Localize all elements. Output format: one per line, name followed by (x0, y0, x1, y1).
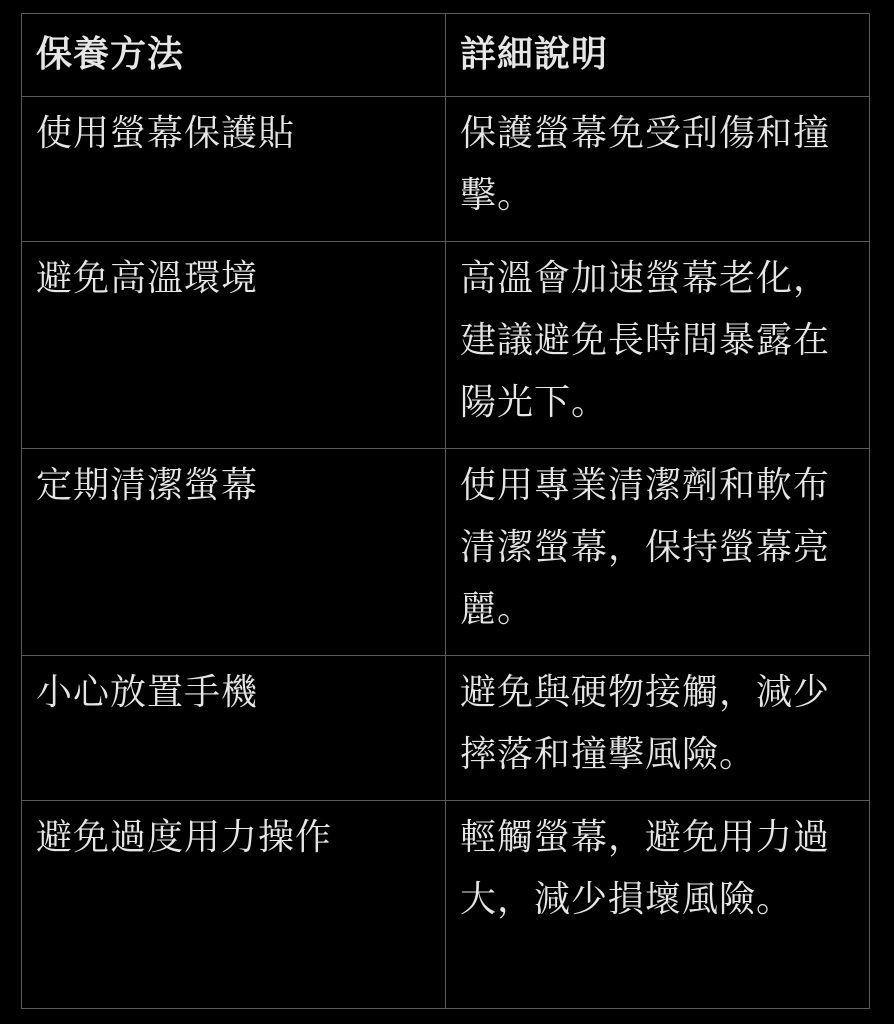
method-cell: 定期清潔螢幕 (22, 449, 446, 656)
header-method: 保養方法 (22, 14, 446, 97)
detail-cell: 保護螢幕免受刮傷和撞擊。 (446, 97, 870, 242)
header-detail: 詳細說明 (446, 14, 870, 97)
table-header-row: 保養方法 詳細說明 (22, 14, 870, 97)
table-row: 避免過度用力操作 輕觸螢幕，避免用力過大，減少損壞風險。 (22, 801, 870, 1009)
table-row: 小心放置手機 避免與硬物接觸，減少摔落和撞擊風險。 (22, 656, 870, 801)
detail-cell: 輕觸螢幕，避免用力過大，減少損壞風險。 (446, 801, 870, 1009)
method-cell: 使用螢幕保護貼 (22, 97, 446, 242)
method-cell: 小心放置手機 (22, 656, 446, 801)
screen-care-table: 保養方法 詳細說明 使用螢幕保護貼 保護螢幕免受刮傷和撞擊。 避免高溫環境 高溫… (21, 13, 870, 1009)
detail-cell: 避免與硬物接觸，減少摔落和撞擊風險。 (446, 656, 870, 801)
method-cell: 避免高溫環境 (22, 242, 446, 449)
detail-cell: 使用專業清潔劑和軟布清潔螢幕，保持螢幕亮麗。 (446, 449, 870, 656)
table-row: 使用螢幕保護貼 保護螢幕免受刮傷和撞擊。 (22, 97, 870, 242)
table-row: 避免高溫環境 高溫會加速螢幕老化，建議避免長時間暴露在陽光下。 (22, 242, 870, 449)
detail-cell: 高溫會加速螢幕老化，建議避免長時間暴露在陽光下。 (446, 242, 870, 449)
method-cell: 避免過度用力操作 (22, 801, 446, 1009)
table-row: 定期清潔螢幕 使用專業清潔劑和軟布清潔螢幕，保持螢幕亮麗。 (22, 449, 870, 656)
